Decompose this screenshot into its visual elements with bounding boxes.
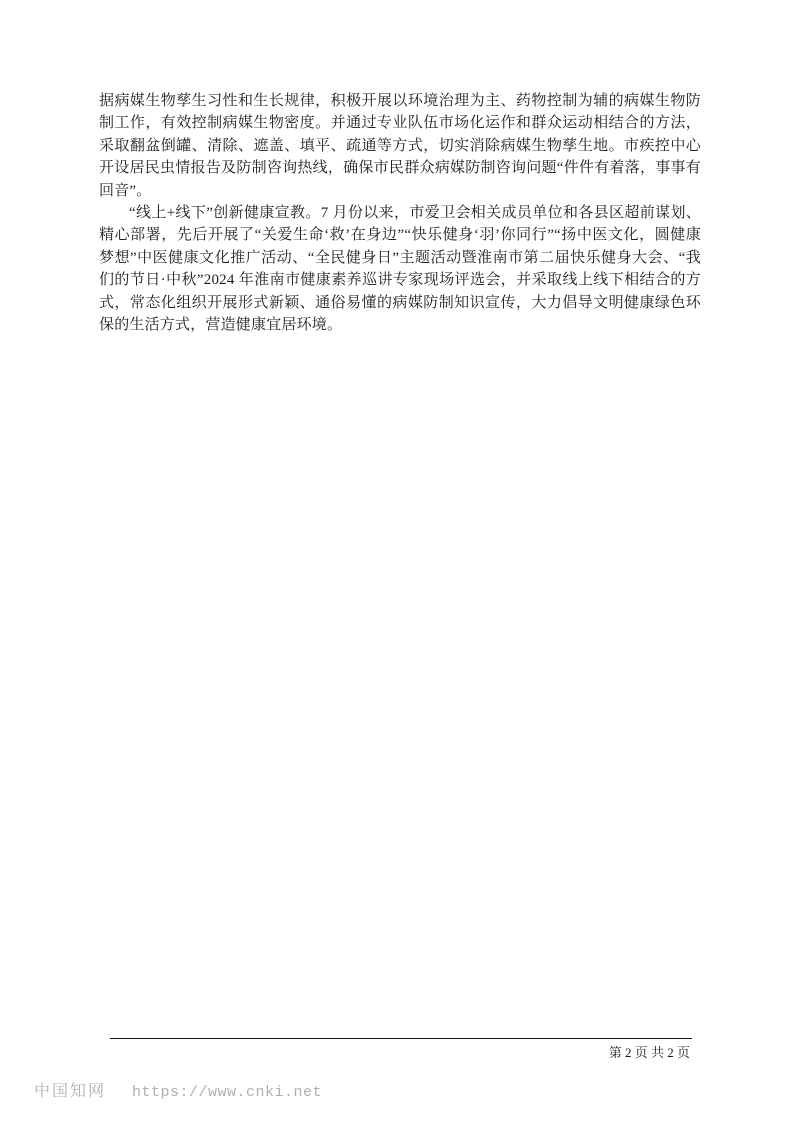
page-number: 第 2 页 共 2 页 xyxy=(110,1042,690,1061)
document-page: 据病媒生物孳生习性和生长规律，积极开展以环境治理为主、药物控制为辅的病媒生物防制… xyxy=(0,0,794,1123)
cnki-url: https://www.cnki.net xyxy=(132,1084,322,1101)
body-paragraph: 据病媒生物孳生习性和生长规律，积极开展以环境治理为主、药物控制为辅的病媒生物防制… xyxy=(99,90,701,202)
footer-divider xyxy=(110,1038,692,1039)
document-body: 据病媒生物孳生习性和生长规律，积极开展以环境治理为主、药物控制为辅的病媒生物防制… xyxy=(99,90,701,336)
cnki-watermark: 中国知网 https://www.cnki.net xyxy=(34,1078,322,1101)
cnki-site-name: 中国知网 xyxy=(34,1083,106,1100)
body-paragraph: “线上+线下”创新健康宣教。7 月份以来，市爱卫会相关成员单位和各县区超前谋划、… xyxy=(99,202,701,336)
